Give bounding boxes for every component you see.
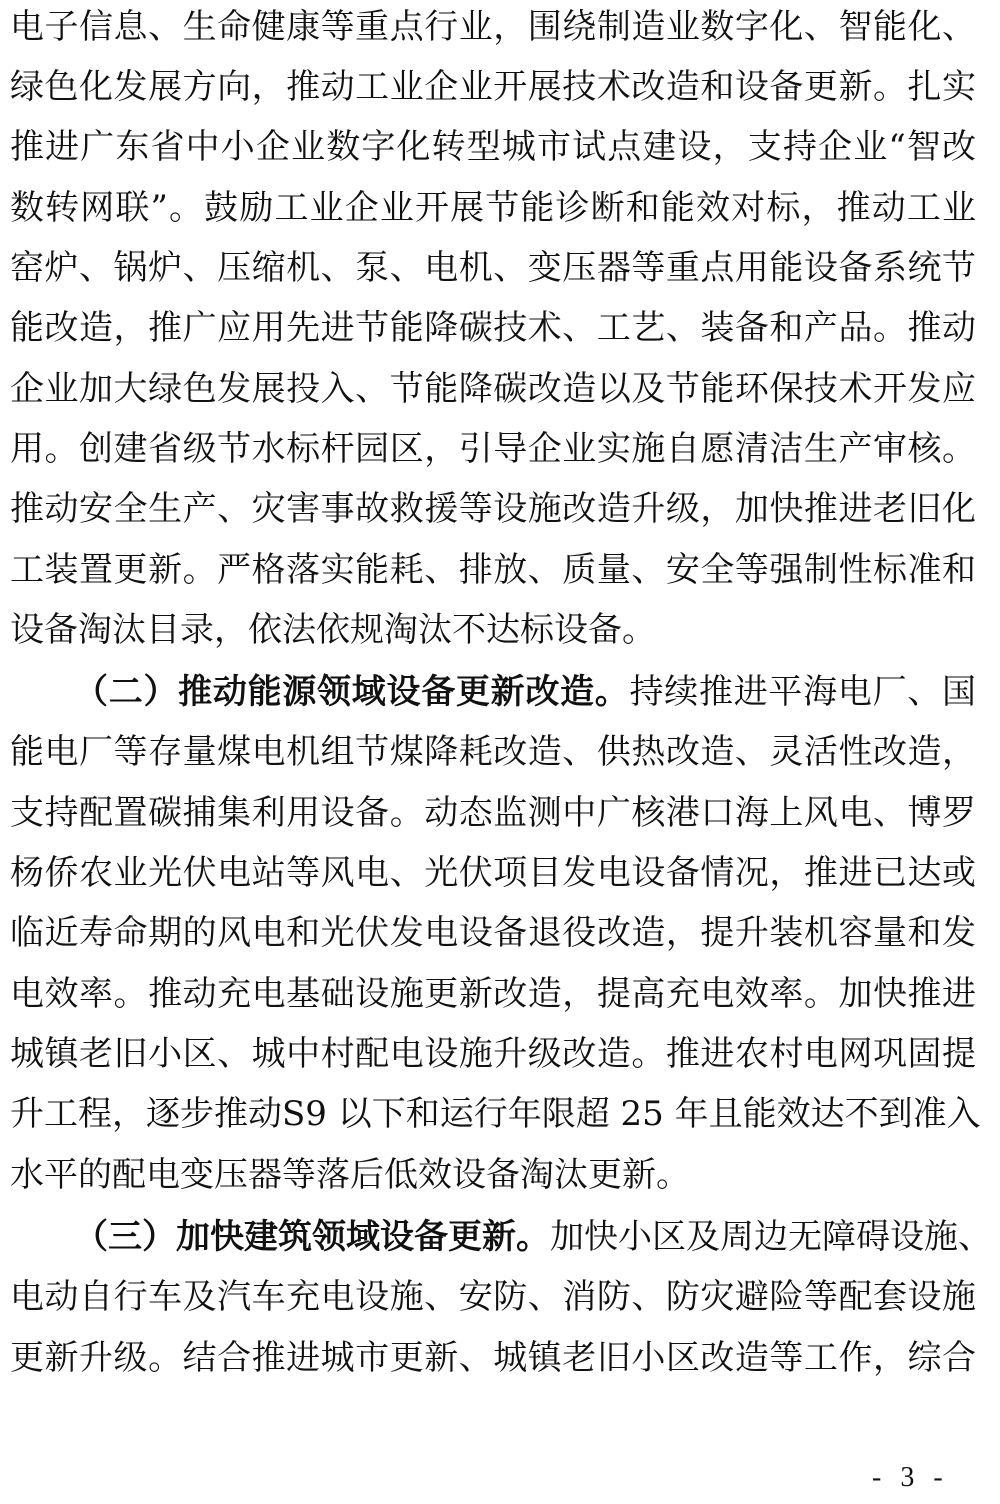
text-line: 推进广东省中小企业数字化转型城市试点建设，支持企业“智改	[10, 120, 976, 174]
text-line: 支持配置碳捕集利用设备。动态监测中广核港口海上风电、博罗	[10, 786, 976, 840]
text-line: 用。创建省级节水标杆园区，引导企业实施自愿清洁生产审核。	[10, 422, 976, 476]
text-span: 加快小区及周边无障碍设施、	[550, 1217, 992, 1257]
text-line: 工装置更新。严格落实能耗、排放、质量、安全等强制性标准和	[10, 543, 976, 597]
text-line: 电子信息、生命健康等重点行业，围绕制造业数字化、智能化、	[10, 0, 976, 54]
text-line: 数转网联”。鼓励工业企业开展节能诊断和能效对标，推动工业	[10, 181, 976, 235]
text-line: 城镇老旧小区、城中村配电设施升级改造。推进农村电网巩固提	[10, 1027, 976, 1081]
section-heading-3: （三）加快建筑领域设备更新。	[74, 1217, 550, 1257]
text-line: 能改造，推广应用先进节能降碳技术、工艺、装备和产品。推动	[10, 301, 976, 355]
text-line: 绿色化发展方向，推动工业企业开展技术改造和设备更新。扎实	[10, 60, 976, 114]
text-line: 电动自行车及汽车充电设施、安防、消防、防灾避险等配套设施	[10, 1270, 976, 1324]
text-line: 电效率。推动充电基础设施更新改造，提高充电效率。加快推进	[10, 967, 976, 1021]
text-span: 持续推进平海电厂、国	[630, 672, 976, 712]
section-heading-2: （二）推动能源领域设备更新改造。	[74, 672, 630, 712]
text-line: 推动安全生产、灾害事故救援等设施改造升级，加快推进老旧化	[10, 482, 976, 536]
text-line: 临近寿命期的风电和光伏发电设备退役改造，提升装机容量和发	[10, 906, 976, 960]
text-line: 更新升级。结合推进城市更新、城镇老旧小区改造等工作，综合	[10, 1331, 976, 1385]
text-line: 能电厂等存量煤电机组节煤降耗改造、供热改造、灵活性改造，	[10, 725, 976, 779]
text-line: 设备淘汰目录，依法依规淘汰不达标设备。	[10, 603, 976, 657]
text-line: 杨侨农业光伏电站等风电、光伏项目发电设备情况，推进已达或	[10, 846, 976, 900]
text-line: 窑炉、锅炉、压缩机、泵、电机、变压器等重点用能设备系统节	[10, 241, 976, 295]
text-line: 升工程，逐步推动S9 以下和运行年限超 25 年且能效达不到准入	[10, 1087, 976, 1141]
page-number: - 3 -	[872, 1462, 949, 1494]
text-line: 水平的配电变压器等落后低效设备淘汰更新。	[10, 1148, 976, 1202]
section-heading-line: （二）推动能源领域设备更新改造。持续推进平海电厂、国	[10, 665, 976, 719]
section-heading-line: （三）加快建筑领域设备更新。加快小区及周边无障碍设施、	[10, 1210, 976, 1264]
text-line: 企业加大绿色发展投入、节能降碳改造以及节能环保技术开发应	[10, 362, 976, 416]
